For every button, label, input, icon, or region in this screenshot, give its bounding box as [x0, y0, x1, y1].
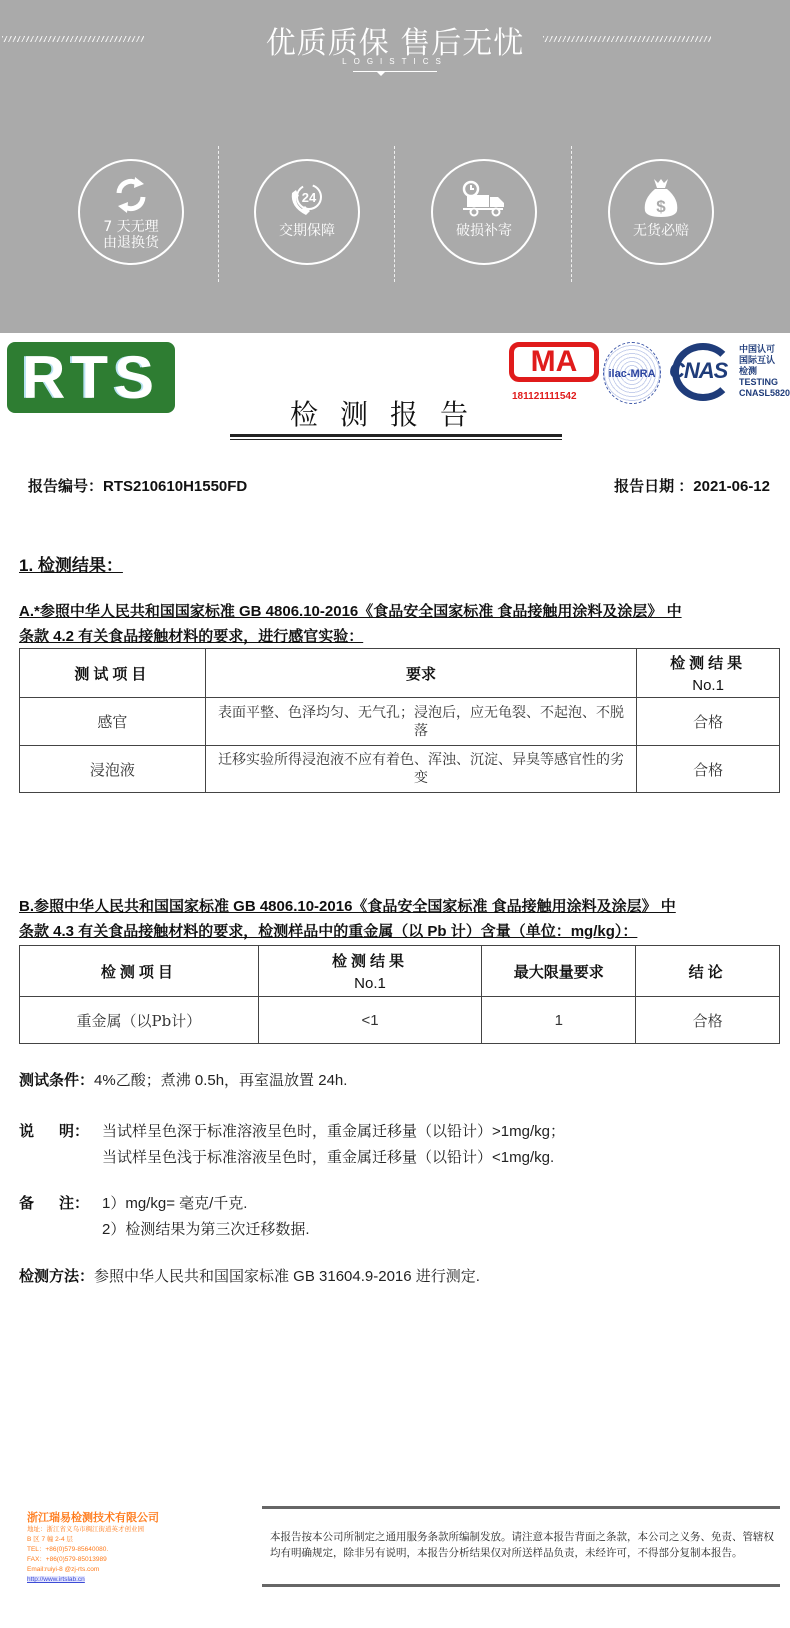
test-method: 检测方法：参照中华人民共和国国家标准 GB 31604.9-2016 进行测定.	[19, 1266, 480, 1288]
remarks-line: 1）mg/kg= 毫克/千克.	[102, 1195, 247, 1212]
test-conditions: 测试条件：4%乙酸；煮沸 0.5h，再室温放置 24h.	[19, 1070, 347, 1092]
cell-result: 合格	[637, 698, 780, 746]
ilac-mra-logo: ilac-MRA	[603, 342, 661, 404]
table-header-row: 测试项目 要求 检测结果 No.1	[20, 649, 780, 698]
col-header-result-label: 检测结果	[332, 953, 408, 970]
remarks: 备 注：1）mg/kg= 毫克/千克. 2）检测结果为第三次迁移数据.	[19, 1193, 310, 1241]
service-banner: 优质质保 售后无忧 LOGISTICS 7 天无理 由退换货 24 交期保障	[0, 0, 790, 333]
banner-subtitle: LOGISTICS	[0, 57, 790, 66]
report-number-label: 报告编号：	[28, 478, 103, 495]
part-a-title-line: A.*参照中华人民共和国国家标准 GB 4806.10-2016《食品安全国家标…	[19, 599, 774, 624]
table-row: 感官 表面平整、色泽均匀、无气孔；浸泡后，应无龟裂、不起泡、不脱落 合格	[20, 698, 780, 746]
company-info: 浙江瑞易检测技术有限公司 地址：浙江省义乌市稠江街道英才创业园 B 区 7 幢 …	[27, 1511, 159, 1585]
explanation-label: 说 明：	[19, 1121, 102, 1143]
cnas-line: CNASL5820	[739, 388, 790, 399]
test-method-label: 检测方法：	[19, 1266, 94, 1288]
col-header-limit: 最大限量要求	[482, 946, 636, 997]
part-a-title: A.*参照中华人民共和国国家标准 GB 4806.10-2016《食品安全国家标…	[19, 599, 774, 649]
dashed-divider	[394, 146, 395, 282]
company-email: Email:ruiyi-8 @zj-rts.com	[27, 1565, 159, 1575]
table-row: 浸泡液 迁移实验所得浸泡液不应有着色、浑浊、沉淀、异臭等感官性的劣变 合格	[20, 746, 780, 793]
company-website-link[interactable]: http://www.irtslab.cn	[27, 1576, 85, 1583]
explanation-line: 当试样呈色浅于标准溶液呈色时，重金属迁移量（以铅计）<1mg/kg.	[19, 1147, 565, 1169]
cma-logo: MA	[509, 342, 599, 382]
col-header-item: 检测项目	[20, 946, 259, 997]
dashed-divider	[571, 146, 572, 282]
table-header-row: 检测项目 检测结果 No.1 最大限量要求 结论	[20, 946, 780, 997]
report-date-label: 报告日期 ：	[614, 478, 693, 495]
svg-text:24: 24	[302, 190, 317, 205]
cell-result: <1	[258, 997, 482, 1044]
part-b-title-line: B.参照中华人民共和国国家标准 GB 4806.10-2016《食品安全国家标准…	[19, 894, 774, 919]
cnas-line: 中国认可	[739, 344, 790, 355]
col-header-result: 检测结果 No.1	[637, 649, 780, 698]
company-address: B 区 7 幢 2-4 层	[27, 1535, 159, 1545]
cell-conclusion: 合格	[636, 997, 780, 1044]
report-number-value: RTS210610H1550FD	[103, 478, 247, 495]
service-label: 由退换货	[80, 235, 182, 251]
test-conditions-label: 测试条件：	[19, 1070, 94, 1092]
section-heading-results: 1. 检测结果：	[19, 551, 123, 576]
col-header-result: 检测结果 No.1	[258, 946, 482, 997]
cell-requirement: 迁移实验所得浸泡液不应有着色、浑浊、沉淀、异臭等感官性的劣变	[205, 746, 636, 793]
remarks-line: 2）检测结果为第三次迁移数据.	[19, 1219, 310, 1241]
service-out-of-stock-compensation: $ 无货必赔	[608, 159, 714, 265]
part-b-title: B.参照中华人民共和国国家标准 GB 4806.10-2016《食品安全国家标准…	[19, 894, 774, 944]
company-tel: TEL：+86(0)579-85640080.	[27, 1545, 159, 1555]
company-fax: FAX：+86(0)579-85013989	[27, 1555, 159, 1565]
remarks-label: 备 注：	[19, 1193, 102, 1215]
dashed-divider	[218, 146, 219, 282]
service-label: 7 天无理	[80, 219, 182, 235]
test-conditions-text: 4%乙酸；煮沸 0.5h，再室温放置 24h.	[94, 1072, 347, 1089]
service-return-7days: 7 天无理 由退换货	[78, 159, 184, 265]
col-header-result-label: 检测结果	[670, 655, 746, 672]
col-header-result-sub: No.1	[259, 975, 482, 992]
banner-underline	[353, 71, 437, 72]
report-number: 报告编号：RTS210610H1550FD	[28, 475, 247, 496]
test-method-text: 参照中华人民共和国国家标准 GB 31604.9-2016 进行测定.	[94, 1268, 480, 1285]
cnas-logo: CNAS	[669, 358, 727, 384]
part-b-title-line: 条款 4.3 有关食品接触材料的要求，检测样品中的重金属（以 Pb 计）含量（单…	[19, 919, 774, 944]
service-label: 交期保障	[256, 223, 358, 239]
sensory-test-table: 测试项目 要求 检测结果 No.1 感官 表面平整、色泽均匀、无气孔；浸泡后，应…	[19, 648, 780, 793]
disclaimer-text: 本报告按本公司所制定之通用服务条款所编制发放。请注意本报告背面之条款，本公司之义…	[270, 1530, 775, 1561]
company-address: 地址：浙江省义乌市稠江街道英才创业园	[27, 1525, 159, 1535]
col-header-item: 测试项目	[20, 649, 206, 698]
footer-rule-bottom	[262, 1584, 780, 1587]
heavy-metal-table: 检测项目 检测结果 No.1 最大限量要求 结论 重金属（以Pb计） <1 1 …	[19, 945, 780, 1044]
service-damage-resend: 破损补寄	[431, 159, 537, 265]
explanation-line: 当试样呈色深于标准溶液呈色时，重金属迁移量（以铅计）>1mg/kg；	[102, 1123, 565, 1140]
cnas-line: 国际互认	[739, 355, 790, 366]
footer-rule-top	[262, 1506, 780, 1509]
cell-item: 浸泡液	[20, 746, 206, 793]
service-label: 破损补寄	[433, 223, 535, 239]
cell-item: 感官	[20, 698, 206, 746]
title-double-rule	[230, 439, 562, 440]
cma-number: 181121111542	[512, 391, 577, 402]
table-row: 重金属（以Pb计） <1 1 合格	[20, 997, 780, 1044]
cell-limit: 1	[482, 997, 636, 1044]
document-title: 检测报告	[230, 393, 550, 433]
cnas-line: 检测	[739, 366, 790, 377]
service-delivery-guarantee: 24 交期保障	[254, 159, 360, 265]
rts-logo: RTS	[7, 342, 175, 413]
part-a-title-line: 条款 4.2 有关食品接触材料的要求，进行感官实验：	[19, 624, 774, 649]
cnas-line: TESTING	[739, 377, 790, 388]
report-date: 报告日期 ：2021-06-12	[614, 475, 770, 496]
cell-result: 合格	[637, 746, 780, 793]
svg-text:$: $	[656, 197, 666, 216]
col-header-conclusion: 结论	[636, 946, 780, 997]
banner-title: 优质质保 售后无忧	[0, 18, 790, 62]
money-bag-icon: $	[641, 177, 681, 219]
phone-24h-icon: 24	[287, 179, 327, 219]
explanation: 说 明：当试样呈色深于标准溶液呈色时，重金属迁移量（以铅计）>1mg/kg； 当…	[19, 1121, 565, 1169]
cnas-side-text: 中国认可 国际互认 检测 TESTING CNASL5820	[739, 344, 790, 399]
company-name: 浙江瑞易检测技术有限公司	[27, 1511, 159, 1525]
title-double-rule	[230, 434, 562, 437]
recycle-arrows-icon	[111, 175, 151, 215]
col-header-requirement: 要求	[205, 649, 636, 698]
caret-down-icon	[377, 72, 385, 76]
report-date-value: 2021-06-12	[693, 478, 770, 495]
service-label: 无货必赔	[610, 223, 712, 239]
delivery-truck-icon	[461, 179, 507, 219]
cell-requirement: 表面平整、色泽均匀、无气孔；浸泡后，应无龟裂、不起泡、不脱落	[205, 698, 636, 746]
col-header-result-sub: No.1	[637, 677, 779, 694]
cell-item: 重金属（以Pb计）	[20, 997, 259, 1044]
